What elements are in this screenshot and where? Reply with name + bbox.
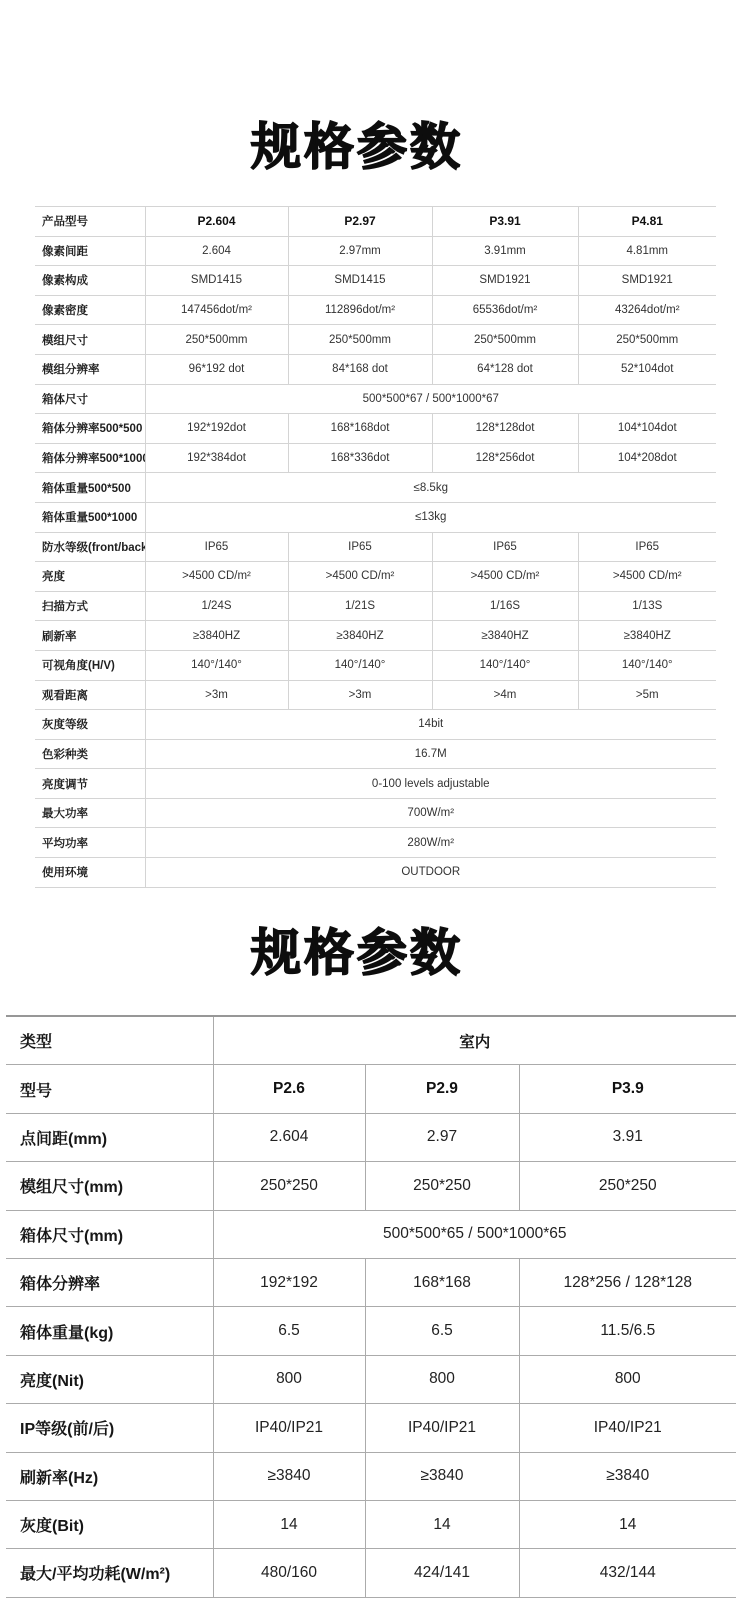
- row-value: 2.604: [213, 1113, 365, 1161]
- table-row: 亮度(Nit)800800800: [6, 1355, 736, 1403]
- row-value: 14: [519, 1500, 736, 1548]
- outdoor-spec-table-wrap: 产品型号P2.604P2.97P3.91P4.81像素间距2.6042.97mm…: [35, 206, 716, 888]
- row-value: P3.9: [519, 1065, 736, 1113]
- table-row: 箱体重量500*500≤8.5kg: [35, 473, 716, 503]
- row-value: 96*192 dot: [145, 354, 288, 384]
- row-value: IP65: [145, 532, 288, 562]
- row-label: 亮度调节: [35, 769, 145, 799]
- row-value: P2.604: [145, 207, 288, 237]
- row-label: 最大功率: [35, 798, 145, 828]
- row-value: 2.97mm: [288, 236, 432, 266]
- row-value-merged: 500*500*65 / 500*1000*65: [213, 1210, 736, 1258]
- row-label: 色彩种类: [35, 739, 145, 769]
- table-row: 类型室内: [6, 1016, 736, 1065]
- row-value: 250*500mm: [432, 325, 578, 355]
- row-value: >4500 CD/m²: [145, 562, 288, 592]
- row-value: 6.5: [213, 1307, 365, 1355]
- row-value-merged: 室内: [213, 1016, 736, 1065]
- row-label: 像素间距: [35, 236, 145, 266]
- row-label: 使用环境: [35, 858, 145, 888]
- row-value: 4.81mm: [578, 236, 716, 266]
- row-value: ≥3840: [213, 1452, 365, 1500]
- table-row: 模组尺寸(mm)250*250250*250250*250: [6, 1162, 736, 1210]
- row-label: 型号: [6, 1065, 213, 1113]
- row-value: 192*384dot: [145, 443, 288, 473]
- table-row: 像素构成SMD1415SMD1415SMD1921SMD1921: [35, 266, 716, 296]
- table-row: 像素间距2.6042.97mm3.91mm4.81mm: [35, 236, 716, 266]
- row-label: 点间距(mm): [6, 1113, 213, 1161]
- row-value: 43264dot/m²: [578, 295, 716, 325]
- row-value: 104*104dot: [578, 414, 716, 444]
- row-label: 可视角度(H/V): [35, 650, 145, 680]
- row-value: >4500 CD/m²: [432, 562, 578, 592]
- row-label: 平均功率: [35, 828, 145, 858]
- row-label: 箱体分辨率500*500: [35, 414, 145, 444]
- row-value-merged: 500*500*67 / 500*1000*67: [145, 384, 716, 414]
- row-value: IP40/IP21: [519, 1404, 736, 1452]
- table-row: 灰度(Bit)141414: [6, 1500, 736, 1548]
- row-value: 3.91mm: [432, 236, 578, 266]
- row-value: 250*250: [213, 1162, 365, 1210]
- row-value: 140°/140°: [432, 650, 578, 680]
- table-row: 平均功率280W/m²: [35, 828, 716, 858]
- table-row: 刷新率(Hz)≥3840≥3840≥3840: [6, 1452, 736, 1500]
- row-value-merged: 0-100 levels adjustable: [145, 769, 716, 799]
- row-label: 亮度: [35, 562, 145, 592]
- table-row: 观看距离>3m>3m>4m>5m: [35, 680, 716, 710]
- row-label: 像素构成: [35, 266, 145, 296]
- table-row: 模组尺寸250*500mm250*500mm250*500mm250*500mm: [35, 325, 716, 355]
- table-row: 箱体分辨率500*1000192*384dot168*336dot128*256…: [35, 443, 716, 473]
- row-value: >4500 CD/m²: [578, 562, 716, 592]
- row-value: IP40/IP21: [365, 1404, 519, 1452]
- table-row: 产品型号P2.604P2.97P3.91P4.81: [35, 207, 716, 237]
- row-value: >4500 CD/m²: [288, 562, 432, 592]
- row-value: 168*336dot: [288, 443, 432, 473]
- row-label: 刷新率(Hz): [6, 1452, 213, 1500]
- row-label: 箱体尺寸: [35, 384, 145, 414]
- table-row: 箱体分辨率500*500192*192dot168*168dot128*128d…: [35, 414, 716, 444]
- spec-title-outdoor: 规格参数: [0, 122, 714, 172]
- row-value: ≥3840HZ: [288, 621, 432, 651]
- table-row: 色彩种类16.7M: [35, 739, 716, 769]
- row-label: 观看距离: [35, 680, 145, 710]
- row-value: 432/144: [519, 1549, 736, 1597]
- row-value: 3.91: [519, 1113, 736, 1161]
- row-value: >3m: [145, 680, 288, 710]
- outdoor-spec-table: 产品型号P2.604P2.97P3.91P4.81像素间距2.6042.97mm…: [35, 206, 716, 888]
- row-value-merged: 280W/m²: [145, 828, 716, 858]
- row-value: 11.5/6.5: [519, 1307, 736, 1355]
- row-value: P2.97: [288, 207, 432, 237]
- row-value: 147456dot/m²: [145, 295, 288, 325]
- row-value: 250*250: [519, 1162, 736, 1210]
- row-value: 14: [213, 1500, 365, 1548]
- row-value-merged: 14bit: [145, 710, 716, 740]
- table-row: 箱体尺寸500*500*67 / 500*1000*67: [35, 384, 716, 414]
- table-row: 刷新率≥3840HZ≥3840HZ≥3840HZ≥3840HZ: [35, 621, 716, 651]
- row-value: ≥3840: [519, 1452, 736, 1500]
- table-row: 点间距(mm)2.6042.973.91: [6, 1113, 736, 1161]
- row-value: 104*208dot: [578, 443, 716, 473]
- row-label: IP等级(前/后): [6, 1404, 213, 1452]
- row-label: 灰度等级: [35, 710, 145, 740]
- row-value-merged: ≤13kg: [145, 502, 716, 532]
- row-value: P2.9: [365, 1065, 519, 1113]
- row-value: 2.604: [145, 236, 288, 266]
- table-row: 箱体重量(kg)6.56.511.5/6.5: [6, 1307, 736, 1355]
- row-value: 800: [519, 1355, 736, 1403]
- row-label: 箱体重量(kg): [6, 1307, 213, 1355]
- row-value: IP40/IP21: [213, 1404, 365, 1452]
- row-value: 65536dot/m²: [432, 295, 578, 325]
- spec-title-indoor: 规格参数: [0, 928, 714, 978]
- row-value-merged: OUTDOOR: [145, 858, 716, 888]
- row-value: 168*168dot: [288, 414, 432, 444]
- table-row: 防水等级(front/back)IP65IP65IP65IP65: [35, 532, 716, 562]
- row-value: IP65: [432, 532, 578, 562]
- row-label: 像素密度: [35, 295, 145, 325]
- row-label: 模组尺寸: [35, 325, 145, 355]
- row-value: 128*128dot: [432, 414, 578, 444]
- row-label: 产品型号: [35, 207, 145, 237]
- row-value: 140°/140°: [288, 650, 432, 680]
- row-value: 192*192dot: [145, 414, 288, 444]
- row-value: ≥3840HZ: [432, 621, 578, 651]
- row-value: 1/24S: [145, 591, 288, 621]
- table-row: 箱体尺寸(mm)500*500*65 / 500*1000*65: [6, 1210, 736, 1258]
- row-value: 168*168: [365, 1258, 519, 1306]
- table-row: 像素密度147456dot/m²112896dot/m²65536dot/m²4…: [35, 295, 716, 325]
- row-value: 128*256dot: [432, 443, 578, 473]
- table-row: 使用环境OUTDOOR: [35, 858, 716, 888]
- row-value: ≥3840HZ: [578, 621, 716, 651]
- row-value: ≥3840HZ: [145, 621, 288, 651]
- row-value-merged: 16.7M: [145, 739, 716, 769]
- row-value: 64*128 dot: [432, 354, 578, 384]
- row-value: >5m: [578, 680, 716, 710]
- table-row: 灰度等级14bit: [35, 710, 716, 740]
- row-value: 84*168 dot: [288, 354, 432, 384]
- row-label: 箱体重量500*1000: [35, 502, 145, 532]
- table-row: 模组分辨率96*192 dot84*168 dot64*128 dot52*10…: [35, 354, 716, 384]
- row-label: 亮度(Nit): [6, 1355, 213, 1403]
- table-row: IP等级(前/后)IP40/IP21IP40/IP21IP40/IP21: [6, 1404, 736, 1452]
- row-label: 箱体重量500*500: [35, 473, 145, 503]
- row-value: >3m: [288, 680, 432, 710]
- row-value: ≥3840: [365, 1452, 519, 1500]
- row-value: 250*500mm: [145, 325, 288, 355]
- row-value-merged: ≤8.5kg: [145, 473, 716, 503]
- row-value: 6.5: [365, 1307, 519, 1355]
- row-value: 192*192: [213, 1258, 365, 1306]
- row-value: SMD1921: [578, 266, 716, 296]
- row-value: 112896dot/m²: [288, 295, 432, 325]
- row-label: 最大/平均功耗(W/m²): [6, 1549, 213, 1597]
- row-value: 480/160: [213, 1549, 365, 1597]
- row-value-merged: 700W/m²: [145, 798, 716, 828]
- table-row: 箱体分辨率192*192168*168128*256 / 128*128: [6, 1258, 736, 1306]
- row-value: IP65: [288, 532, 432, 562]
- row-value: P2.6: [213, 1065, 365, 1113]
- row-value: 52*104dot: [578, 354, 716, 384]
- row-label: 刷新率: [35, 621, 145, 651]
- row-label: 箱体尺寸(mm): [6, 1210, 213, 1258]
- row-value: 14: [365, 1500, 519, 1548]
- row-value: 1/21S: [288, 591, 432, 621]
- indoor-spec-table-wrap: 类型室内型号P2.6P2.9P3.9点间距(mm)2.6042.973.91模组…: [6, 1015, 736, 1598]
- row-value: 128*256 / 128*128: [519, 1258, 736, 1306]
- row-value: P3.91: [432, 207, 578, 237]
- row-value: 250*500mm: [578, 325, 716, 355]
- row-value: 250*500mm: [288, 325, 432, 355]
- row-label: 灰度(Bit): [6, 1500, 213, 1548]
- row-label: 模组分辨率: [35, 354, 145, 384]
- table-row: 箱体重量500*1000≤13kg: [35, 502, 716, 532]
- table-row: 最大功率700W/m²: [35, 798, 716, 828]
- row-value: 800: [213, 1355, 365, 1403]
- row-value: SMD1415: [145, 266, 288, 296]
- table-row: 型号P2.6P2.9P3.9: [6, 1065, 736, 1113]
- row-value: 140°/140°: [145, 650, 288, 680]
- row-value: >4m: [432, 680, 578, 710]
- row-value: 1/16S: [432, 591, 578, 621]
- table-row: 亮度调节0-100 levels adjustable: [35, 769, 716, 799]
- row-label: 类型: [6, 1016, 213, 1065]
- row-value: 1/13S: [578, 591, 716, 621]
- row-label: 扫描方式: [35, 591, 145, 621]
- row-value: 424/141: [365, 1549, 519, 1597]
- row-value: IP65: [578, 532, 716, 562]
- row-label: 防水等级(front/back): [35, 532, 145, 562]
- row-label: 箱体分辨率: [6, 1258, 213, 1306]
- row-value: 2.97: [365, 1113, 519, 1161]
- row-value: P4.81: [578, 207, 716, 237]
- row-label: 模组尺寸(mm): [6, 1162, 213, 1210]
- row-value: 800: [365, 1355, 519, 1403]
- table-row: 最大/平均功耗(W/m²)480/160424/141432/144: [6, 1549, 736, 1597]
- indoor-spec-table: 类型室内型号P2.6P2.9P3.9点间距(mm)2.6042.973.91模组…: [6, 1015, 736, 1598]
- row-value: SMD1415: [288, 266, 432, 296]
- table-row: 亮度>4500 CD/m²>4500 CD/m²>4500 CD/m²>4500…: [35, 562, 716, 592]
- table-row: 可视角度(H/V)140°/140°140°/140°140°/140°140°…: [35, 650, 716, 680]
- table-row: 扫描方式1/24S1/21S1/16S1/13S: [35, 591, 716, 621]
- row-value: 140°/140°: [578, 650, 716, 680]
- row-label: 箱体分辨率500*1000: [35, 443, 145, 473]
- row-value: SMD1921: [432, 266, 578, 296]
- row-value: 250*250: [365, 1162, 519, 1210]
